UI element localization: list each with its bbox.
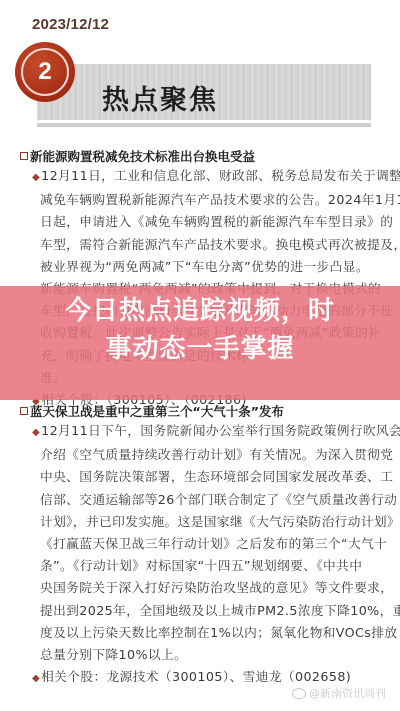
paragraph-line: 信部、交通运输部等26个部门联合制定了《空气质量改善行动 [40, 489, 380, 511]
header-divider [37, 123, 371, 127]
paragraph-line: 日起，申请进入《减免车辆购置税的新能源汽车车型目录》的 [40, 211, 380, 233]
paragraph-line: 提出到2025年，全国地级及以上城市PM2.5浓度下降10%，重 [40, 600, 380, 622]
paragraph-line: 总量分别下降10%以上。 [40, 644, 380, 666]
square-bullet-icon [20, 152, 28, 160]
paragraph-line: 被业界视为“两免两减”下“车电分离”优势的进一步凸显。 [40, 256, 380, 278]
paragraph-line: 减免车辆购置税新能源汽车产品技术要求的公告。2024年1月1 [40, 189, 380, 211]
diamond-bullet-icon: ◆ [32, 673, 40, 684]
paragraph-line: 《打赢蓝天保卫战三年行动计划》之后发布的第三个“大气十 [40, 533, 380, 555]
section-title-text: 蓝天保卫战是重中之重第三个“大气十条”发布 [30, 402, 284, 420]
watermark: @新南资讯周刊 [292, 685, 386, 701]
section-number-badge: 2 [15, 42, 75, 102]
section-paragraph-blue-sky: ◆12月11日下午，国务院新闻办公室举行国务院政策例行吹风会， 介绍《空气质量持… [40, 420, 380, 690]
paragraph-line: 央国务院关于深入打好污染防治攻坚战的意见》等文件要求， [40, 577, 380, 599]
paragraph-line: 车型，需符合新能源汽车产品技术要求。换电模式再次被提及， [40, 234, 380, 256]
paragraph-line: ◆12月11日下午，国务院新闻办公室举行国务院政策例行吹风会， [32, 420, 380, 444]
weibo-icon [292, 688, 306, 699]
paragraph-line: 度及以上污染天数比率控制在1%以内；氮氧化物和VOCs排放 [40, 622, 380, 644]
watermark-text: @新南资讯周刊 [309, 685, 386, 701]
diamond-bullet-icon: ◆ [32, 427, 40, 438]
video-promo-text: 今日热点追踪视频，时 事动态一手掌握 [0, 292, 400, 368]
section-title-text: 新能源购置税减免技术标准出台换电受益 [30, 147, 255, 165]
section-title-blue-sky: 蓝天保卫战是重中之重第三个“大气十条”发布 [20, 402, 284, 420]
square-bullet-icon [20, 407, 28, 415]
paragraph-line: 介绍《空气质量持续改善行动计划》有关情况。为深入贯彻党 [40, 444, 380, 466]
diamond-bullet-icon: ◆ [32, 172, 40, 183]
section-title-ev-tax: 新能源购置税减免技术标准出台换电受益 [20, 147, 255, 165]
paragraph-line: ◆12月11日，工业和信息化部、财政部、税务总局发布关于调整 [32, 165, 380, 189]
paragraph-line: 计划》，并已印发实施。这是国家继《大气污染防治行动计划》 [40, 511, 380, 533]
paragraph-line: 条”。《行动计划》对标国家“十四五”规划纲要、《中共中 [40, 555, 380, 577]
promo-line-2: 事动态一手掌握 [0, 330, 400, 368]
date-label: 2023/12/12 [32, 16, 109, 33]
page-title: 热点聚焦 [102, 78, 218, 117]
promo-line-1: 今日热点追踪视频，时 [0, 292, 400, 330]
badge-number: 2 [38, 58, 51, 86]
paragraph-line: 中央、国务院决策部署，生态环境部会同国家发展改革委、工 [40, 466, 380, 488]
